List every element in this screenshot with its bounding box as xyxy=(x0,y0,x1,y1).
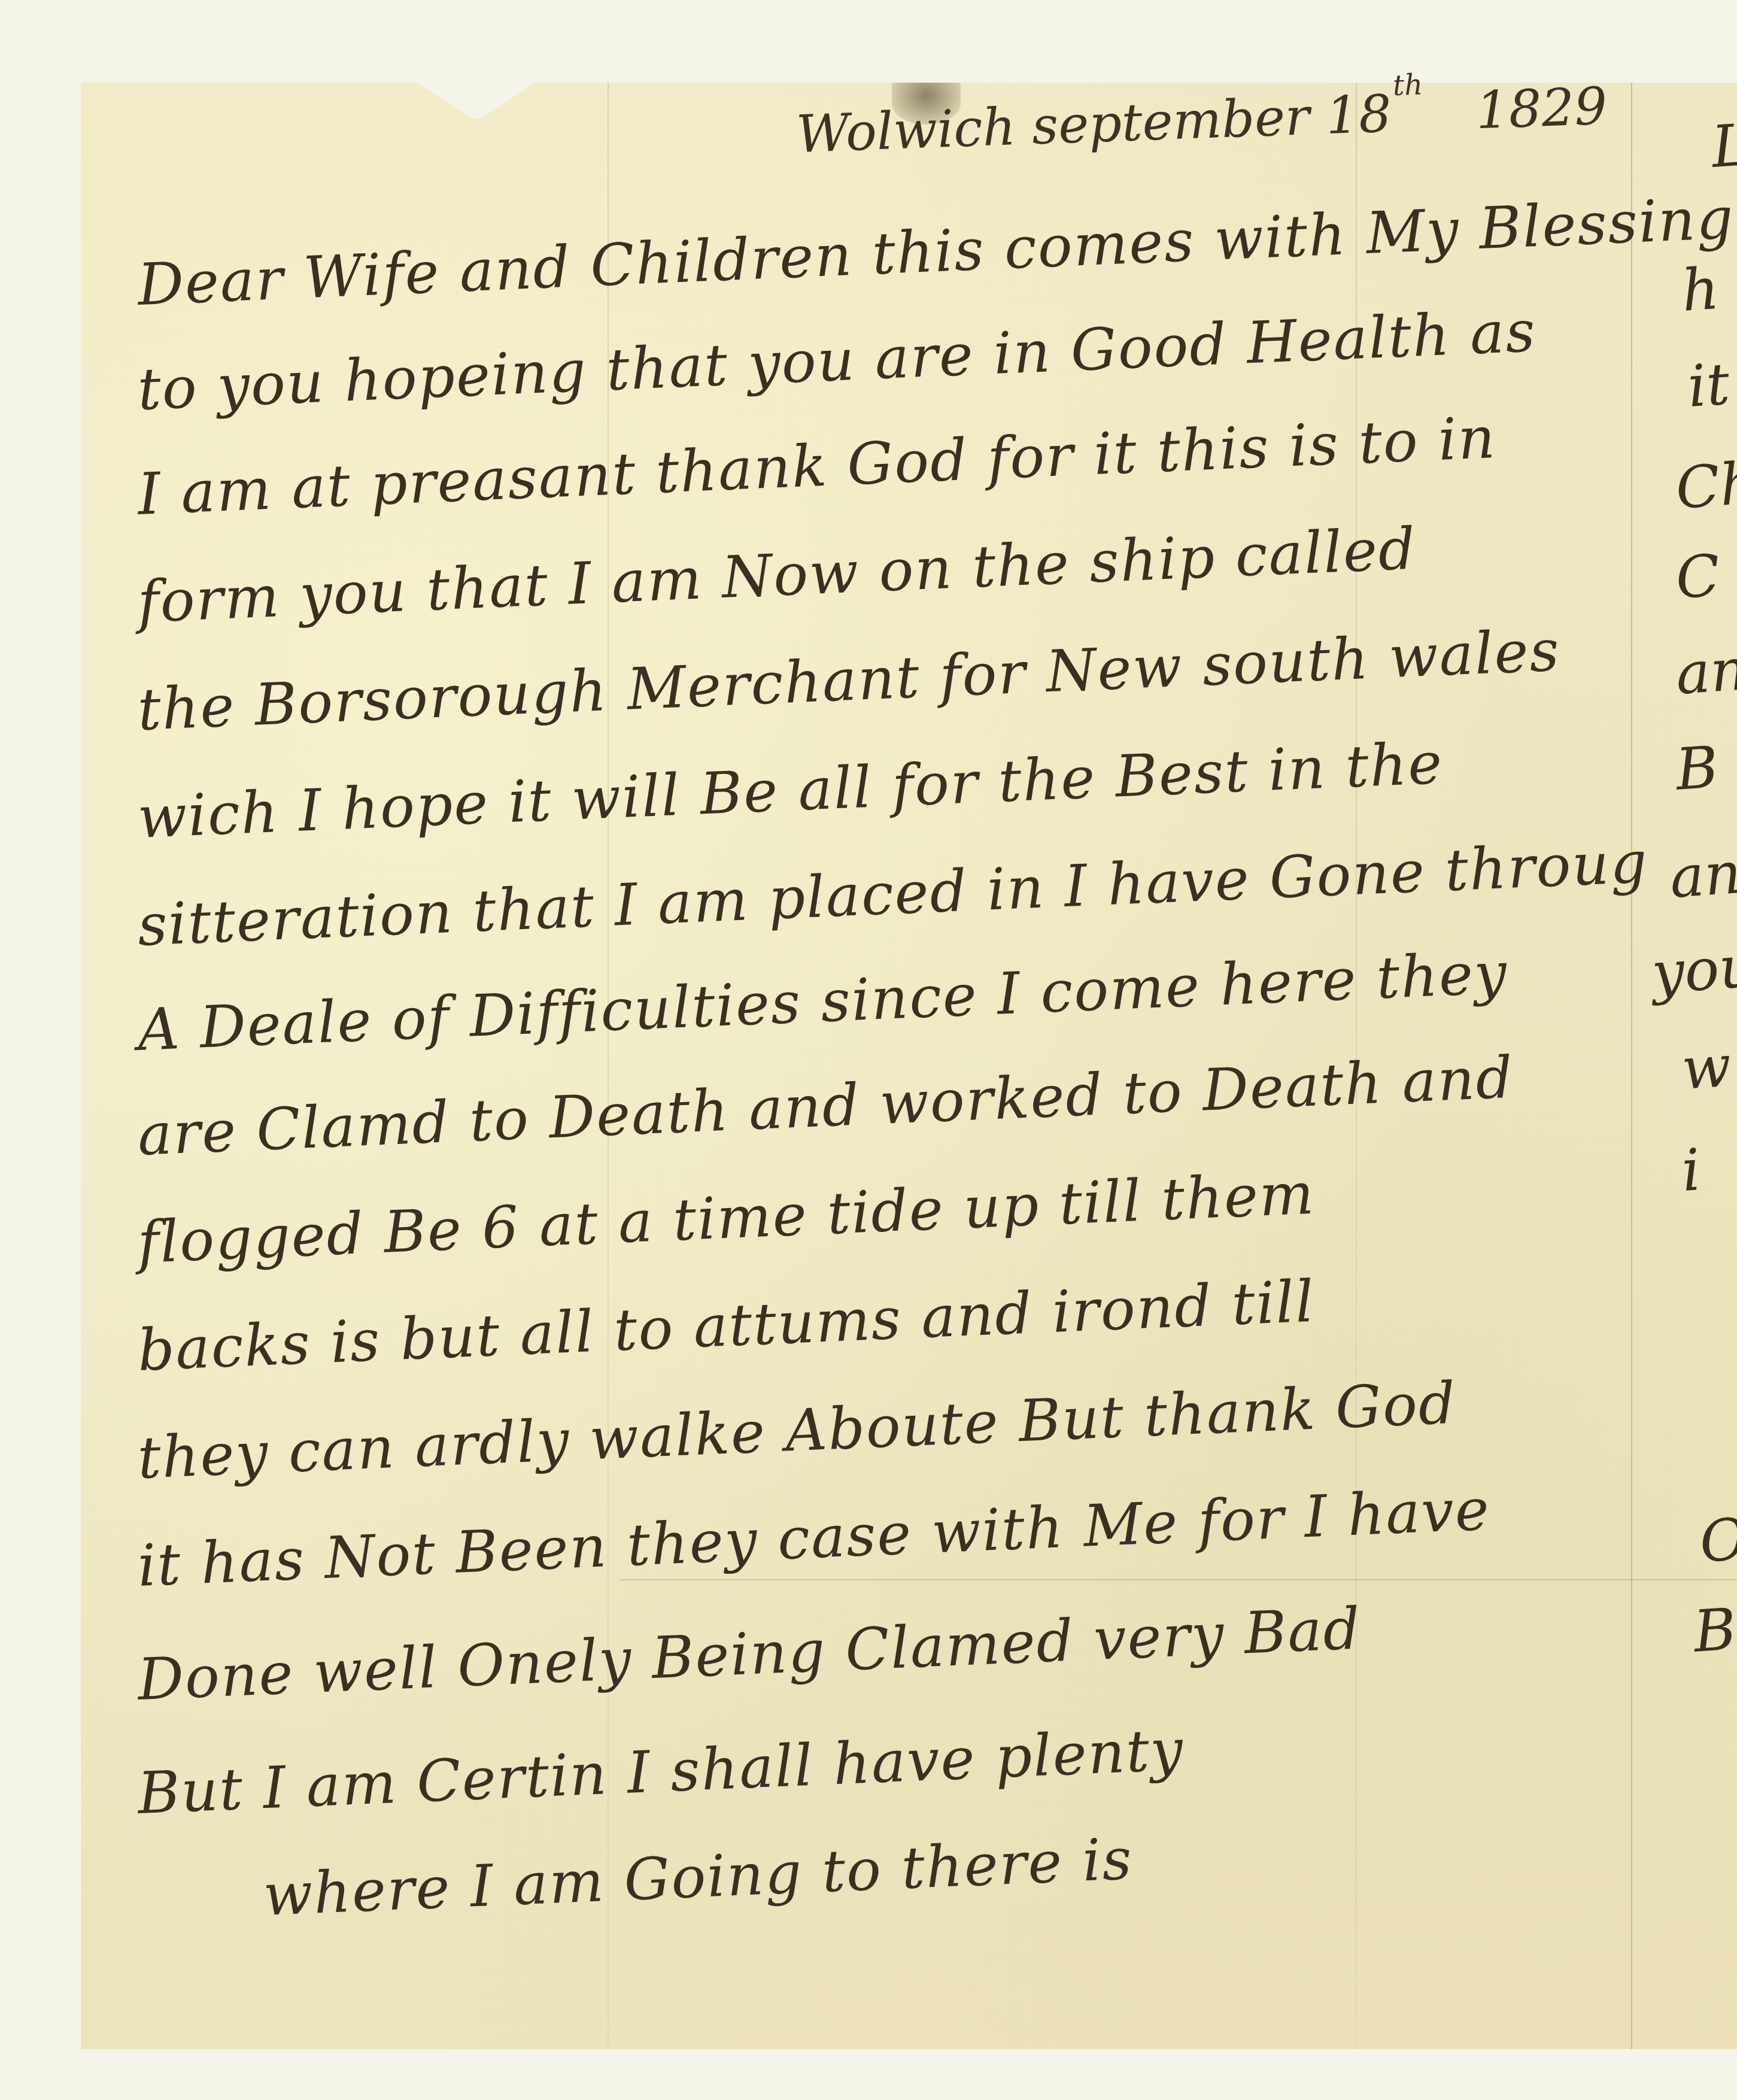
overleaf-fragment: w xyxy=(1680,1032,1733,1102)
overleaf-fragment: B xyxy=(1674,733,1720,803)
overleaf-fragment: an xyxy=(1674,636,1737,708)
overleaf-fragment: B xyxy=(1692,1595,1737,1665)
dateline-place: Wolwich xyxy=(795,97,1017,165)
overleaf-fragment: Ch xyxy=(1674,450,1737,522)
overleaf-fragment: an xyxy=(1668,839,1737,911)
overleaf-fragment: O xyxy=(1697,1506,1737,1576)
overleaf-fragment: C xyxy=(1674,542,1722,612)
dateline-year: 1829 xyxy=(1475,77,1608,141)
dateline-month: september xyxy=(1031,87,1310,156)
overleaf-fragment: it xyxy=(1686,350,1732,420)
vertical-fold-crease xyxy=(1631,83,1632,2049)
overleaf-fragment: h xyxy=(1680,255,1721,324)
overleaf-fragment: L xyxy=(1709,111,1737,181)
dateline-day-suffix: th xyxy=(1392,68,1423,102)
overleaf-fragment: you xyxy=(1650,933,1737,1007)
horizontal-fold-crease xyxy=(620,1579,1737,1580)
dateline-day: 18 xyxy=(1325,84,1392,146)
